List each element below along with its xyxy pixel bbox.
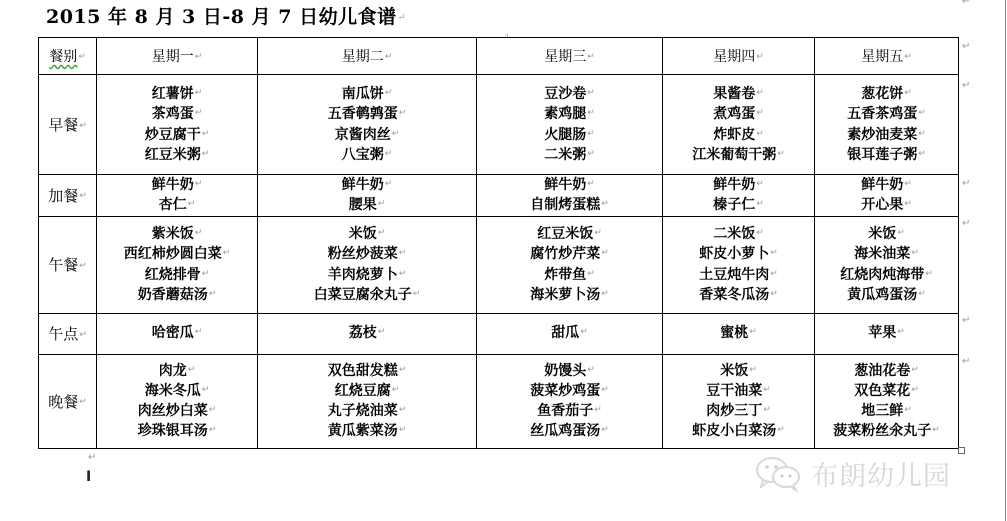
- dish-item: 哈密瓜↵: [97, 323, 257, 343]
- table-row-snack: 加餐↵鲜牛奶↵杏仁↵鲜牛奶↵腰果↵鲜牛奶↵自制烤蛋糕↵鲜牛奶↵榛子仁↵鲜牛奶↵开…: [39, 175, 959, 217]
- dish-item: 丸子烧油菜↵: [258, 401, 476, 421]
- watermark: 布朗幼儿园: [755, 454, 951, 493]
- dish-item: 双色甜发糕↵: [258, 361, 476, 381]
- meal-label-cell[interactable]: 加餐↵: [39, 175, 97, 217]
- meal-label-cell[interactable]: 晚餐↵: [39, 354, 97, 448]
- menu-cell[interactable]: 葱油花卷↵双色菜花↵地三鲜↵菠菜粉丝氽丸子↵: [815, 354, 959, 448]
- dish-item: 红薯饼↵: [97, 84, 257, 104]
- meal-label-cell[interactable]: 午点↵: [39, 313, 97, 354]
- menu-cell[interactable]: 鲜牛奶↵自制烤蛋糕↵: [477, 175, 663, 217]
- menu-cell[interactable]: 红豆米饭↵腐竹炒芹菜↵炸带鱼↵海米萝卜汤↵: [477, 216, 663, 313]
- dish-item: 米饭↵: [258, 224, 476, 244]
- paragraph-mark: ↵: [398, 13, 406, 23]
- menu-cell[interactable]: 紫米饭↵西红柿炒圆白菜↵红烧排骨↵奶香蘑菇汤↵: [97, 216, 258, 313]
- meal-label-cell[interactable]: 早餐↵: [39, 75, 97, 175]
- table-row-dinner: 晚餐↵肉龙↵海米冬瓜↵肉丝炒白菜↵珍珠银耳汤↵双色甜发糕↵红烧豆腐↵丸子烧油菜↵…: [39, 354, 959, 448]
- dish-item: 甜瓜↵: [477, 323, 662, 343]
- dish-item: 二米粥↵: [477, 145, 662, 165]
- dish-item: 鲜牛奶↵: [258, 175, 476, 195]
- dish-item: 五香鹌鹑蛋↵: [258, 104, 476, 124]
- table-row-breakfast: 早餐↵红薯饼↵茶鸡蛋↵炒豆腐干↵红豆米粥↵南瓜饼↵五香鹌鹑蛋↵京酱肉丝↵八宝粥↵…: [39, 75, 959, 175]
- dish-item: 开心果↵: [815, 195, 958, 215]
- dish-item: 江米葡萄干粥↵: [663, 145, 814, 165]
- dish-item: 红烧豆腐↵: [258, 381, 476, 401]
- dish-item: 火腿肠↵: [477, 125, 662, 145]
- dish-item: 红烧肉炖海带↵: [815, 265, 958, 285]
- dish-item: 腐竹炒芹菜↵: [477, 244, 662, 264]
- dish-item: 腰果↵: [258, 195, 476, 215]
- dish-item: 肉炒三丁↵: [663, 401, 814, 421]
- header-cell-wednesday[interactable]: 星期三↵: [477, 38, 663, 75]
- dish-item: 黄瓜紫菜汤↵: [258, 421, 476, 441]
- dish-item: 炒豆腐干↵: [97, 125, 257, 145]
- table-row-afternoon-snack: 午点↵哈密瓜↵荔枝↵甜瓜↵蜜桃↵苹果↵: [39, 313, 959, 354]
- text-cursor: I: [86, 469, 91, 485]
- dish-item: 虾皮小萝卜↵: [663, 244, 814, 264]
- menu-cell[interactable]: 果酱卷↵煮鸡蛋↵炸虾皮↵江米葡萄干粥↵: [663, 75, 815, 175]
- dish-item: 炸虾皮↵: [663, 125, 814, 145]
- title-text: 2015 年 8 月 3 日-8 月 7 日幼儿食谱: [46, 6, 397, 28]
- menu-table: 餐别↵ 星期一↵ 星期二↵ 星期三↵ 星期四↵ 星期五↵ 早餐↵红薯饼↵茶鸡蛋↵…: [38, 37, 959, 449]
- dish-item: 西红柿炒圆白菜↵: [97, 244, 257, 264]
- dish-item: 南瓜饼↵: [258, 84, 476, 104]
- menu-cell[interactable]: 甜瓜↵: [477, 313, 663, 354]
- menu-cell[interactable]: 苹果↵: [815, 313, 959, 354]
- row-end-mark: ↵: [962, 41, 970, 52]
- menu-cell[interactable]: 鲜牛奶↵开心果↵: [815, 175, 959, 217]
- header-row: 餐别↵ 星期一↵ 星期二↵ 星期三↵ 星期四↵ 星期五↵: [39, 38, 959, 75]
- dish-item: 奶馒头↵: [477, 361, 662, 381]
- menu-cell[interactable]: 鲜牛奶↵榛子仁↵: [663, 175, 815, 217]
- row-end-mark: ↵: [962, 80, 970, 91]
- dish-item: 杏仁↵: [97, 195, 257, 215]
- table-row-lunch: 午餐↵紫米饭↵西红柿炒圆白菜↵红烧排骨↵奶香蘑菇汤↵米饭↵粉丝炒菠菜↵羊肉烧萝卜…: [39, 216, 959, 313]
- dish-item: 菠菜粉丝氽丸子↵: [815, 421, 958, 441]
- menu-cell[interactable]: 肉龙↵海米冬瓜↵肉丝炒白菜↵珍珠银耳汤↵: [97, 354, 258, 448]
- row-end-mark: ↵: [962, 356, 970, 367]
- dish-item: 京酱肉丝↵: [258, 125, 476, 145]
- dish-item: 鲜牛奶↵: [477, 175, 662, 195]
- dish-item: 菠菜炒鸡蛋↵: [477, 381, 662, 401]
- menu-cell[interactable]: 米饭↵海米油菜↵红烧肉炖海带↵黄瓜鸡蛋汤↵: [815, 216, 959, 313]
- menu-cell[interactable]: 双色甜发糕↵红烧豆腐↵丸子烧油菜↵黄瓜紫菜汤↵: [258, 354, 477, 448]
- menu-cell[interactable]: 红薯饼↵茶鸡蛋↵炒豆腐干↵红豆米粥↵: [97, 75, 258, 175]
- page-edge-line: [1005, 0, 1006, 521]
- dish-item: 白菜豆腐氽丸子↵: [258, 285, 476, 305]
- dish-item: 珍珠银耳汤↵: [97, 421, 257, 441]
- menu-cell[interactable]: 荔枝↵: [258, 313, 477, 354]
- dish-item: 丝瓜鸡蛋汤↵: [477, 421, 662, 441]
- dish-item: 茶鸡蛋↵: [97, 104, 257, 124]
- dish-item: 鱼香茄子↵: [477, 401, 662, 421]
- dish-item: 素炒油麦菜↵: [815, 125, 958, 145]
- dish-item: 苹果↵: [815, 323, 958, 343]
- header-cell-category[interactable]: 餐别↵: [39, 38, 97, 75]
- dish-item: 荔枝↵: [258, 323, 476, 343]
- paragraph-mark: ↵: [88, 452, 96, 463]
- menu-cell[interactable]: 豆沙卷↵素鸡腿↵火腿肠↵二米粥↵: [477, 75, 663, 175]
- dish-item: 豆干油菜↵: [663, 381, 814, 401]
- row-end-mark: ↵: [962, 218, 970, 229]
- dish-item: 红豆米饭↵: [477, 224, 662, 244]
- menu-cell[interactable]: 二米饭↵虾皮小萝卜↵土豆炖牛肉↵香菜冬瓜汤↵: [663, 216, 815, 313]
- dish-item: 炸带鱼↵: [477, 265, 662, 285]
- dish-item: 肉龙↵: [97, 361, 257, 381]
- wechat-icon: [755, 456, 803, 492]
- menu-cell[interactable]: 蜜桃↵: [663, 313, 815, 354]
- paragraph-mark: ↵: [962, 0, 970, 7]
- dish-item: 榛子仁↵: [663, 195, 814, 215]
- menu-cell[interactable]: 奶馒头↵菠菜炒鸡蛋↵鱼香茄子↵丝瓜鸡蛋汤↵: [477, 354, 663, 448]
- dish-item: 黄瓜鸡蛋汤↵: [815, 285, 958, 305]
- dish-item: 煮鸡蛋↵: [663, 104, 814, 124]
- header-cell-friday[interactable]: 星期五↵: [815, 38, 959, 75]
- dish-item: 素鸡腿↵: [477, 104, 662, 124]
- dish-item: 鲜牛奶↵: [97, 175, 257, 195]
- dish-item: 虾皮小白菜汤↵: [663, 421, 814, 441]
- dish-item: 八宝粥↵: [258, 145, 476, 165]
- dish-item: 红豆米粥↵: [97, 145, 257, 165]
- dish-item: 米饭↵: [663, 361, 814, 381]
- menu-cell[interactable]: 哈密瓜↵: [97, 313, 258, 354]
- dish-item: 五香茶鸡蛋↵: [815, 104, 958, 124]
- dish-item: 米饭↵: [815, 224, 958, 244]
- dish-item: 奶香蘑菇汤↵: [97, 285, 257, 305]
- dish-item: 肉丝炒白菜↵: [97, 401, 257, 421]
- dish-item: 海米油菜↵: [815, 244, 958, 264]
- dish-item: 地三鲜↵: [815, 401, 958, 421]
- header-cell-monday[interactable]: 星期一↵: [97, 38, 258, 75]
- dish-item: 蜜桃↵: [663, 323, 814, 343]
- dish-item: 紫米饭↵: [97, 224, 257, 244]
- dish-item: 果酱卷↵: [663, 84, 814, 104]
- document-title: 2015 年 8 月 3 日-8 月 7 日幼儿食谱↵: [46, 2, 406, 29]
- menu-cell[interactable]: 鲜牛奶↵腰果↵: [258, 175, 477, 217]
- dish-item: 粉丝炒菠菜↵: [258, 244, 476, 264]
- menu-cell[interactable]: 米饭↵豆干油菜↵肉炒三丁↵虾皮小白菜汤↵: [663, 354, 815, 448]
- table-resize-handle[interactable]: [958, 447, 965, 454]
- dish-item: 海米冬瓜↵: [97, 381, 257, 401]
- dish-item: 豆沙卷↵: [477, 84, 662, 104]
- meal-label-cell[interactable]: 午餐↵: [39, 216, 97, 313]
- dish-item: 香菜冬瓜汤↵: [663, 285, 814, 305]
- dish-item: 鲜牛奶↵: [663, 175, 814, 195]
- menu-cell[interactable]: 鲜牛奶↵杏仁↵: [97, 175, 258, 217]
- dish-item: 土豆炖牛肉↵: [663, 265, 814, 285]
- dish-item: 双色菜花↵: [815, 381, 958, 401]
- dish-item: 二米饭↵: [663, 224, 814, 244]
- row-end-mark: ↵: [962, 315, 970, 326]
- dish-item: 自制烤蛋糕↵: [477, 195, 662, 215]
- menu-cell[interactable]: 米饭↵粉丝炒菠菜↵羊肉烧萝卜↵白菜豆腐氽丸子↵: [258, 216, 477, 313]
- header-cell-thursday[interactable]: 星期四↵: [663, 38, 815, 75]
- dish-item: 银耳莲子粥↵: [815, 145, 958, 165]
- dish-item: 葱油花卷↵: [815, 361, 958, 381]
- dish-item: 红烧排骨↵: [97, 265, 257, 285]
- menu-cell[interactable]: 葱花饼↵五香茶鸡蛋↵素炒油麦菜↵银耳莲子粥↵: [815, 75, 959, 175]
- dish-item: 海米萝卜汤↵: [477, 285, 662, 305]
- dish-item: 鲜牛奶↵: [815, 175, 958, 195]
- menu-cell[interactable]: 南瓜饼↵五香鹌鹑蛋↵京酱肉丝↵八宝粥↵: [258, 75, 477, 175]
- row-end-mark: ↵: [962, 178, 970, 189]
- dish-item: 葱花饼↵: [815, 84, 958, 104]
- watermark-text: 布朗幼儿园: [811, 454, 951, 493]
- header-cell-tuesday[interactable]: 星期二↵: [258, 38, 477, 75]
- dish-item: 羊肉烧萝卜↵: [258, 265, 476, 285]
